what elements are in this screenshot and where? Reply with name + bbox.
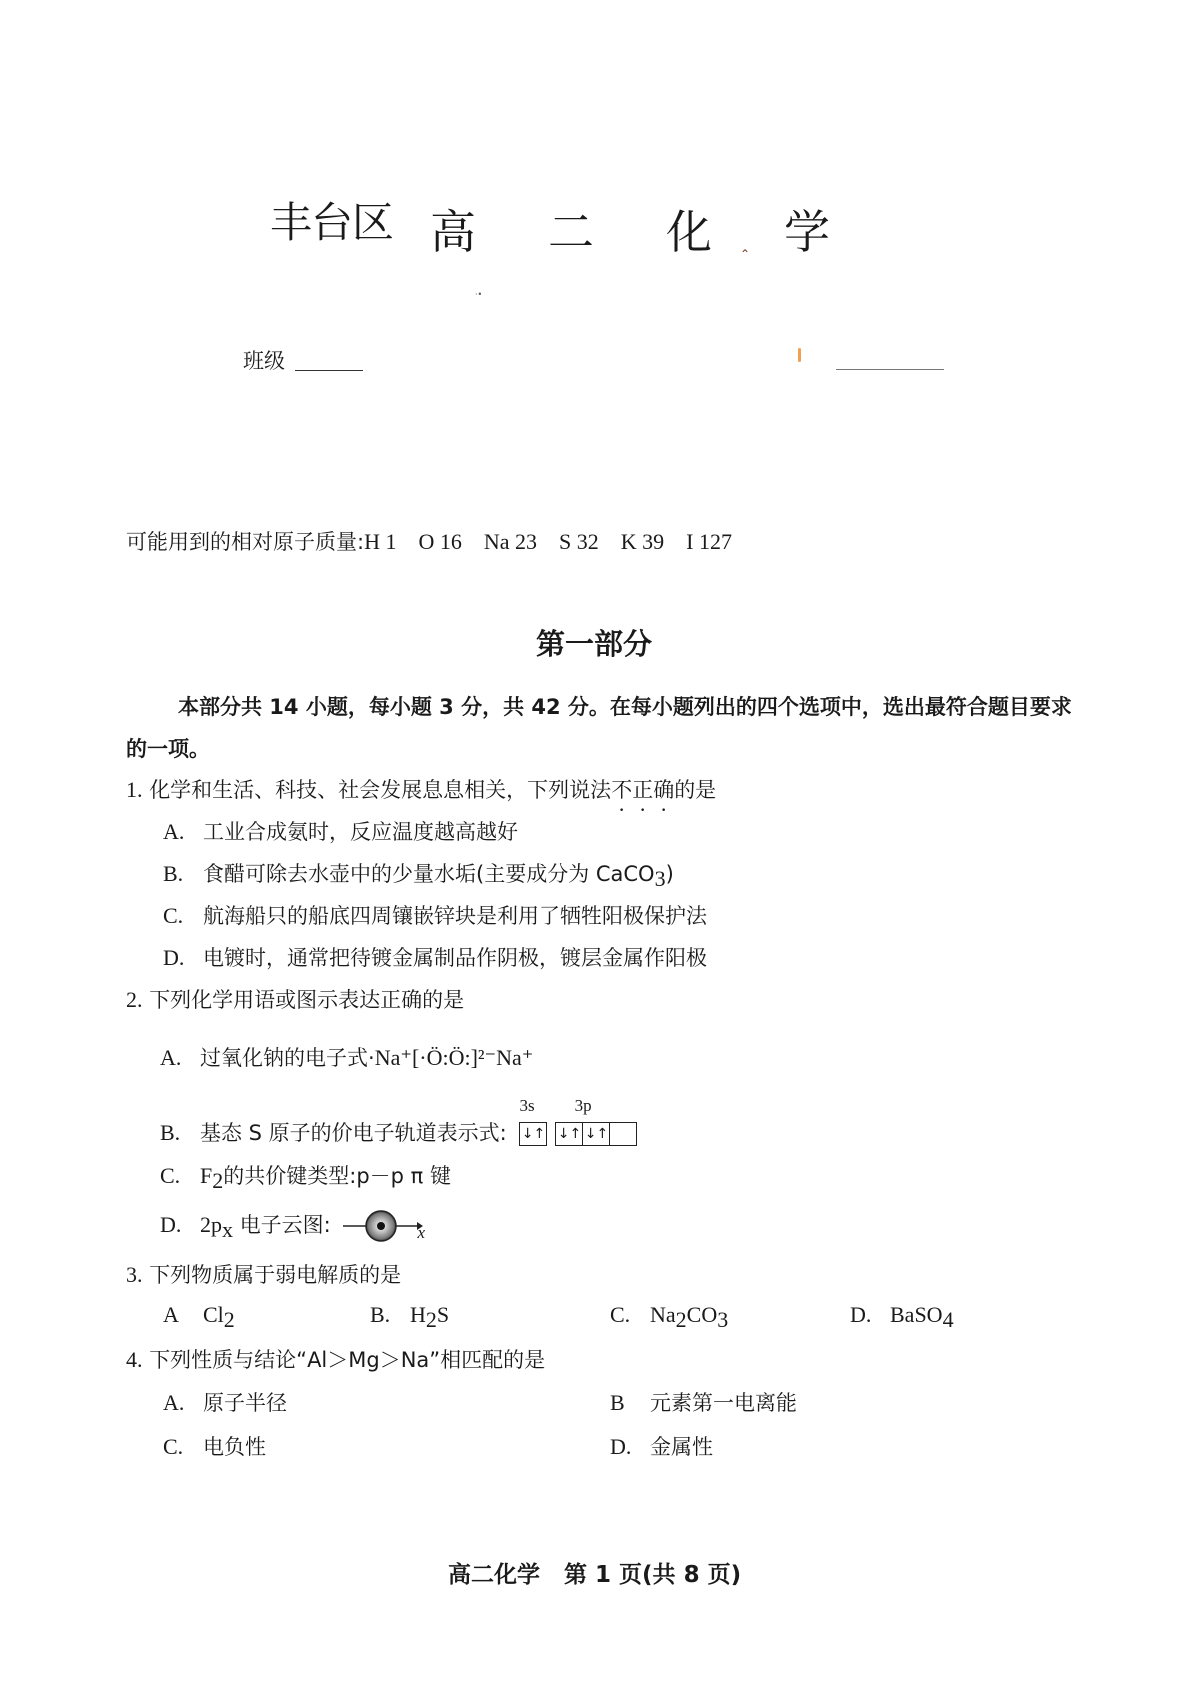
title-char: 二 [548,196,594,262]
question-2-stem: 2. 下列化学用语或图示表达正确的是 [126,984,464,1014]
name-input-line[interactable] [836,369,944,370]
question-3-option-d[interactable]: D.BaSO4 [850,1302,954,1333]
question-3-stem: 3. 下列物质属于弱电解质的是 [126,1259,401,1289]
orbital-3s: ↓↑ [519,1122,547,1146]
electron-cloud-icon: x [341,1209,425,1243]
option-letter: D. [610,1434,650,1460]
question-number: 4. [126,1347,143,1372]
scan-mark-orange [798,348,801,362]
atomic-mass: H 1 [364,529,396,554]
option-text: 的共价键类型:p－p π 键 [223,1164,451,1188]
option-letter: B. [163,861,203,887]
atomic-mass: Na 23 [484,529,537,554]
option-letter: B. [370,1302,410,1328]
option-letter: D. [160,1212,200,1238]
orbital-label-3s: 3s [519,1096,534,1115]
option-text: 电负性 [203,1435,266,1459]
question-number: 3. [126,1262,143,1287]
orbital-box: ↓↑ [583,1123,610,1145]
option-text: 工业合成氨时，反应温度越高越好 [203,820,518,844]
subscript: 3 [717,1307,728,1332]
option-letter: C. [610,1302,650,1328]
option-letter: C. [160,1163,200,1189]
question-1-option-c[interactable]: C.航海船只的船底四周镶嵌锌块是利用了牺牲阳极保护法 [163,900,707,930]
option-letter: A. [163,819,203,845]
orbital-diagram: 3s3p ↓↑ ↓↑ ↓↑ [519,1122,637,1146]
title-char: 化 [666,196,712,262]
formula: F [200,1163,212,1188]
formula: H [410,1302,426,1327]
formula: CO [687,1302,718,1327]
option-text: 原子半径 [203,1391,287,1415]
subscript: 2 [426,1307,437,1332]
page-number: 第 1 页(共 8 页) [564,1562,741,1588]
option-text: 金属性 [650,1435,713,1459]
subscript: 4 [943,1307,954,1332]
axis-label: x [417,1223,425,1243]
subscript: 2 [676,1307,687,1332]
option-letter: B. [160,1120,200,1146]
question-3-option-c[interactable]: C.Na2CO3 [610,1302,728,1333]
question-4-option-d[interactable]: D.金属性 [610,1431,713,1461]
class-label: 班级 [243,345,285,375]
question-text: 下列物质属于弱电解质的是 [149,1263,401,1287]
question-1-stem: 1. 化学和生活、科技、社会发展息息相关，下列说法不正确的是 [126,774,716,804]
emphasis-char: 不 [611,778,632,802]
option-text: 基态 S 原子的价电子轨道表示式: [200,1121,507,1145]
section-instructions: 本部分共 14 小题，每小题 3 分，共 42 分。在每小题列出的四个选项中，选… [126,686,1076,770]
question-2-option-a[interactable]: A.过氧化钠的电子式·Na⁺[·Ö:Ö:]²⁻Na⁺ [160,1042,533,1072]
option-text: ) [666,862,674,886]
option-letter: A. [160,1045,200,1071]
question-text: 化学和生活、科技、社会发展息息相关，下列说法 [149,778,611,802]
option-text: 过氧化钠的电子式· [200,1046,375,1070]
orbital-label-3p: 3p [575,1096,592,1115]
question-text: 的是 [674,778,716,802]
question-number: 2. [126,987,143,1012]
atomic-mass: I 127 [686,529,732,554]
question-text: 下列化学用语或图示表达正确的是 [149,988,464,1012]
orbital-box: ↓↑ [556,1123,583,1145]
option-letter: A. [163,1390,203,1416]
question-4-option-b[interactable]: B元素第一电离能 [610,1387,797,1417]
question-2-option-d[interactable]: D.2px 电子云图: x [160,1209,425,1243]
atomic-masses: 可能用到的相对原子质量:H 1O 16Na 23S 32K 39I 127 [126,526,754,556]
option-text: 食醋可除去水壶中的少量水垢(主要成分为 CaCO [203,862,655,886]
exam-title: 高二化学 [430,196,902,262]
district-name: 丰台区 [270,190,393,250]
section-title: 第一部分 [536,622,652,663]
option-letter: A [163,1302,203,1328]
question-3-option-b[interactable]: B.H2S [370,1302,449,1333]
title-char: 学 [784,196,830,262]
subscript: x [222,1217,233,1242]
question-1-option-b[interactable]: B.食醋可除去水壶中的少量水垢(主要成分为 CaCO3) [163,858,674,892]
option-text: 元素第一电离能 [650,1391,797,1415]
atomic-mass: K 39 [621,529,664,554]
question-1-option-d[interactable]: D.电镀时，通常把待镀金属制品作阴极，镀层金属作阳极 [163,942,707,972]
option-letter: C. [163,1434,203,1460]
question-number: 1. [126,777,143,802]
question-4-option-c[interactable]: C.电负性 [163,1431,266,1461]
option-text: 航海船只的船底四周镶嵌锌块是利用了牺牲阳极保护法 [203,904,707,928]
atomic-mass: S 32 [559,529,599,554]
question-4-stem: 4. 下列性质与结论“Al＞Mg＞Na”相匹配的是 [126,1344,545,1374]
question-3-option-a[interactable]: ACl2 [163,1302,235,1333]
option-text: 电子云图: [240,1213,331,1237]
subscript: 2 [212,1168,223,1193]
question-4-option-a[interactable]: A.原子半径 [163,1387,287,1417]
option-letter: B [610,1390,650,1416]
atomic-mass: O 16 [418,529,461,554]
page-footer: 高二化学 第 1 页(共 8 页) [448,1556,741,1589]
question-2-option-b[interactable]: B.基态 S 原子的价电子轨道表示式: 3s3p ↓↑ ↓↑ ↓↑ [160,1117,637,1147]
footer-subject: 高二化学 [448,1562,540,1588]
question-1-option-a[interactable]: A.工业合成氨时，反应温度越高越好 [163,816,518,846]
option-letter: D. [850,1302,890,1328]
formula: Na [650,1302,676,1327]
formula: 2p [200,1212,222,1237]
title-char: 高 [430,196,476,262]
emphasis-char: 正 [632,778,653,802]
emphasis-char: 确 [653,778,674,802]
option-letter: C. [163,903,203,929]
option-letter: D. [163,945,203,971]
atomic-masses-label: 可能用到的相对原子质量: [126,530,364,554]
option-text: 电镀时，通常把待镀金属制品作阴极，镀层金属作阳极 [203,946,707,970]
orbital-box: ↓↑ [520,1123,546,1145]
scan-speck: ·• [475,290,482,299]
electron-formula: Na⁺[·Ö:Ö:]²⁻Na⁺ [375,1045,534,1070]
scan-mark: ⌃ [740,247,750,261]
orbital-box [610,1123,636,1145]
question-text: 下列性质与结论“Al＞Mg＞Na”相匹配的是 [149,1348,545,1372]
formula: S [437,1302,449,1327]
class-input-line[interactable] [295,370,363,371]
subscript: 3 [655,866,666,891]
formula: Cl [203,1302,224,1327]
orbital-3p: ↓↑ ↓↑ [555,1122,637,1146]
question-2-option-c[interactable]: C.F2的共价键类型:p－p π 键 [160,1160,451,1194]
orbital-labels: 3s3p [519,1096,591,1116]
subscript: 2 [224,1307,235,1332]
formula: BaSO [890,1302,943,1327]
